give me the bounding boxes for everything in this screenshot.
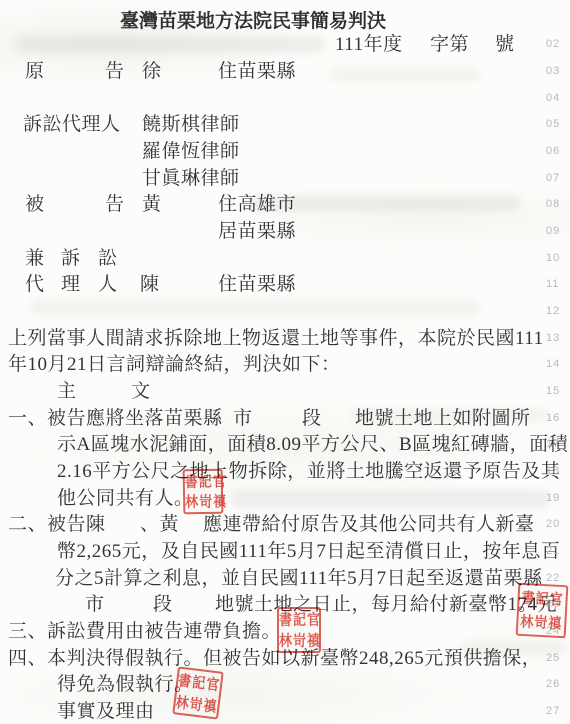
line-text: 111年度	[335, 33, 403, 56]
line-text: 告	[105, 60, 125, 83]
line-number: 07	[546, 171, 560, 186]
line-text: 原	[25, 60, 45, 83]
document-line: 04	[0, 87, 570, 110]
clerk-seal-stamp: 書記官林岢禛	[516, 583, 569, 639]
stamp-title-text: 書記官	[178, 672, 222, 692]
document-line: 事實及理由27	[0, 700, 570, 723]
line-text: 一、被告應將坐落苗栗縣	[8, 407, 223, 430]
line-text: 三、訴訟費用由被告連帶負擔。	[8, 620, 281, 643]
clerk-seal-stamp: 書記官林岢禛	[183, 469, 224, 515]
line-text: 饒斯棋律師	[142, 113, 240, 136]
line-text: 住苗栗縣	[218, 273, 296, 296]
document-line: 幣2,265元，及自民國111年5月7日起至清償日止，按年息百21	[0, 540, 570, 563]
line-text: 甘眞琳律師	[142, 167, 240, 190]
line-number: 17	[546, 437, 560, 452]
line-number: 04	[546, 91, 560, 106]
document-line: 分之5計算之利息，並自民國111年5月7日起至返還苗栗縣22	[0, 567, 570, 590]
document-line: 訴訟代理人饒斯棋律師05	[0, 113, 570, 136]
line-number: 27	[546, 704, 560, 719]
line-text: 地號土地之日止，每月給付新臺幣174元	[215, 593, 557, 616]
document-line: 居苗栗縣09	[0, 220, 570, 243]
line-number: 19	[546, 491, 560, 506]
line-number: 20	[546, 517, 560, 532]
line-text: 市	[85, 593, 105, 616]
document-line: 得免為假執行。26	[0, 673, 570, 696]
line-text: 告	[105, 193, 125, 216]
line-number: 12	[546, 304, 560, 319]
line-text: 住苗栗縣	[218, 60, 296, 83]
document-line: 上列當事人間請求拆除地上物返還土地等事件，本院於民國11113	[0, 327, 570, 350]
line-number: 26	[546, 677, 560, 692]
stamp-title-text: 書記官	[185, 473, 221, 489]
line-number: 18	[546, 464, 560, 479]
line-text: 黃	[142, 193, 162, 216]
line-text: 分之5計算之利息，並自民國111年5月7日起至返還苗栗縣	[55, 567, 543, 590]
document-line: 羅偉恆律師06	[0, 140, 570, 163]
line-text: 代	[25, 273, 45, 296]
line-text: 被	[25, 193, 45, 216]
line-text: 上列當事人間請求拆除地上物返還土地等事件，本院於民國111	[8, 327, 544, 350]
document-line: 原告徐住苗栗縣03	[0, 60, 570, 83]
line-text: 段	[302, 407, 322, 430]
line-text: 幣2,265元，及自民國111年5月7日起至清償日止，按年息百	[57, 540, 560, 563]
scanned-court-judgment: { "document": { "title": "臺灣苗栗地方法院民事簡易判決…	[0, 0, 570, 724]
line-text: 兼	[25, 247, 45, 270]
document-line: 二、被告陳、黃應連帶給付原告及其他公同共有人新臺20	[0, 513, 570, 536]
document-line: 2.16平方公尺之地上物拆除，並將土地騰空返還予原告及其18	[0, 460, 570, 483]
line-text: 住高雄市	[218, 193, 296, 216]
line-text: 他公同共有人。	[57, 487, 194, 510]
document-line: 年10月21日言詞辯論終結，判決如下：14	[0, 353, 570, 376]
line-text: 地號土地上如附圖所	[355, 407, 531, 430]
line-text: 理	[61, 273, 81, 296]
line-text: 文	[131, 380, 151, 403]
line-text: 得免為假執行。	[57, 673, 194, 696]
stamp-name-text: 林岢禛	[279, 633, 319, 648]
document-line: 示A區塊水泥鋪面，面積8.09平方公尺、B區塊紅磚牆，面積17	[0, 433, 570, 456]
stamp-title-text: 書記官	[279, 612, 319, 627]
line-text: 訴	[61, 247, 81, 270]
stamp-name-text: 林岢禛	[175, 694, 219, 714]
line-number: 08	[546, 197, 560, 212]
line-text: 人	[98, 273, 118, 296]
line-text: 徐	[142, 60, 162, 83]
line-number: 05	[546, 117, 560, 132]
line-text: 號	[495, 33, 515, 56]
line-number: 09	[546, 224, 560, 239]
line-text: 訟	[98, 247, 118, 270]
line-text: 陳	[140, 273, 160, 296]
line-text: 市	[233, 407, 253, 430]
line-text: 段	[153, 593, 173, 616]
line-text: 示A區塊水泥鋪面，面積8.09平方公尺、B區塊紅磚牆，面積	[57, 433, 568, 456]
document-line: 12	[0, 300, 570, 323]
document-line: 111年度字第號02	[0, 33, 570, 56]
line-number: 10	[546, 251, 560, 266]
line-number: 14	[546, 357, 560, 372]
line-number: 16	[546, 411, 560, 426]
line-text: 居苗栗縣	[218, 220, 296, 243]
line-number: 11	[546, 277, 559, 292]
line-text: 字第	[430, 33, 469, 56]
line-text: 二、被告陳	[8, 513, 106, 536]
line-number: 13	[546, 331, 560, 346]
line-number: 21	[546, 544, 560, 559]
line-text: 2.16平方公尺之地上物拆除，並將土地騰空返還予原告及其	[57, 460, 560, 483]
line-number: 03	[546, 64, 560, 79]
line-text: 訴訟代理人	[23, 113, 121, 136]
document-line: 他公同共有人。19	[0, 487, 570, 510]
line-text: 、黃	[140, 513, 179, 536]
document-line: 甘眞琳律師07	[0, 167, 570, 190]
line-number: 25	[546, 651, 560, 666]
document-line: 主文15	[0, 380, 570, 403]
line-text: 主	[57, 380, 77, 403]
document-line: 被告黃住高雄市08	[0, 193, 570, 216]
document-line: 兼訴訟10	[0, 247, 570, 270]
line-text: 羅偉恆律師	[142, 140, 240, 163]
stamp-title-text: 書記官	[519, 590, 566, 607]
line-text: 事實及理由	[57, 700, 155, 723]
document-title: 臺灣苗栗地方法院民事簡易判決	[120, 6, 386, 33]
stamp-name-text: 林岢禛	[185, 494, 221, 510]
line-number: 02	[546, 37, 560, 52]
line-number: 06	[546, 144, 560, 159]
line-text: 應連帶給付原告及其他公同共有人新臺	[203, 513, 535, 536]
line-text: 四、本判決得假執行。但被告如以新臺幣248,265元預供擔保，	[8, 647, 541, 670]
document-page: 臺灣苗栗地方法院民事簡易判決 111年度字第號02原告徐住苗栗縣0304訴訟代理…	[0, 0, 570, 724]
stamp-name-text: 林岢禛	[518, 614, 565, 631]
clerk-seal-stamp: 書記官林岢禛	[277, 607, 321, 653]
document-line: 一、被告應將坐落苗栗縣市段地號土地上如附圖所16	[0, 407, 570, 430]
line-text: 年10月21日言詞辯論終結，判決如下：	[8, 353, 341, 376]
line-number: 15	[546, 384, 560, 399]
clerk-seal-stamp: 書記官林岢禛	[172, 666, 224, 719]
document-line: 代理人陳住苗栗縣11	[0, 273, 570, 296]
